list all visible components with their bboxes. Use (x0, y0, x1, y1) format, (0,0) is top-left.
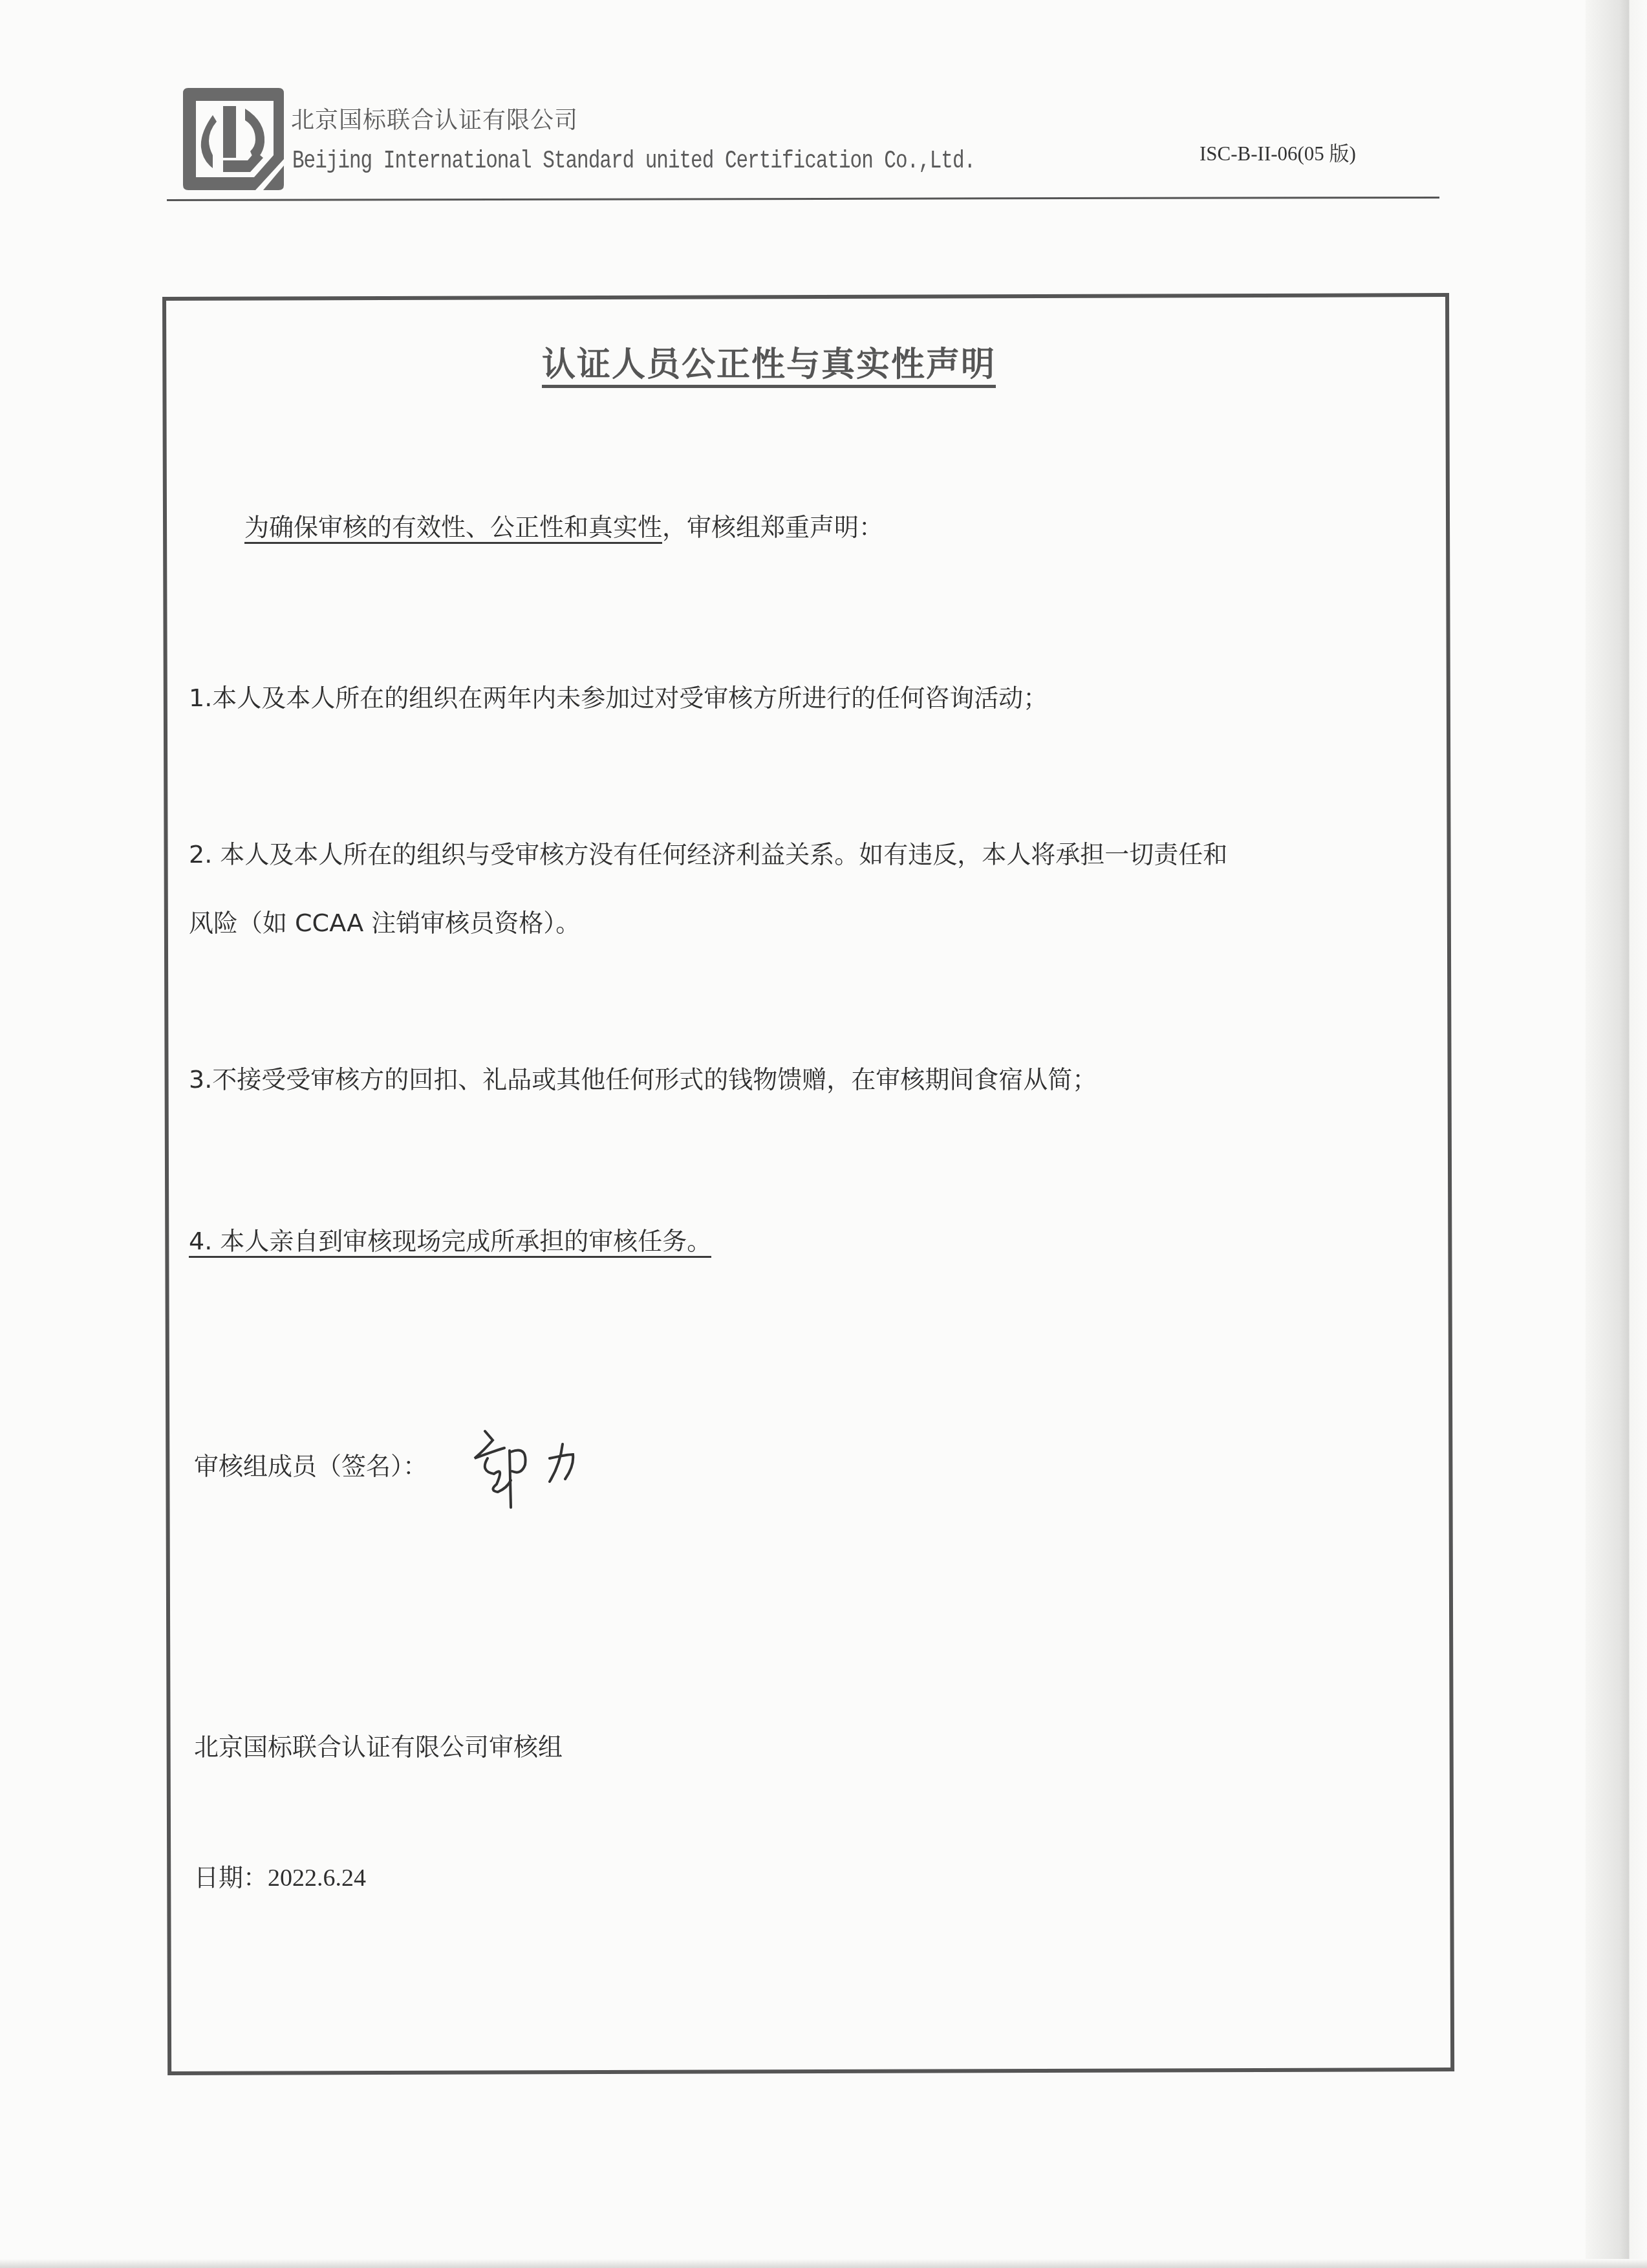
date-value: 2022.6.24 (268, 1864, 366, 1892)
declaration-item-3: 3.不接受受审核方的回扣、礼品或其他任何形式的钱物馈赠，在审核期间食宿从简； (189, 1059, 1097, 1095)
document-title: 认证人员公正性与真实性声明 (542, 347, 996, 388)
handwritten-signature: 郭力 (466, 1426, 614, 1517)
declaration-item-4: 4. 本人亲自到审核现场完成所承担的审核任务。 (189, 1221, 711, 1257)
declaration-frame (162, 293, 1454, 2075)
intro-statement: 为确保审核的有效性、公正性和真实性，审核组郑重声明： (244, 507, 883, 543)
scan-page-edge (1586, 0, 1647, 2268)
declaration-item-4-text: 4. 本人亲自到审核现场完成所承担的审核任务。 (189, 1227, 711, 1258)
date-line: 日期：2022.6.24 (194, 1857, 366, 1893)
intro-rest: ，审核组郑重声明： (662, 513, 883, 541)
audit-team-name: 北京国标联合认证有限公司审核组 (194, 1727, 563, 1762)
date-label: 日期： (194, 1863, 268, 1892)
company-logo-icon (183, 88, 284, 190)
header-divider (167, 197, 1439, 201)
declaration-item-2-line-2: 风险（如 CCAA 注销审核员资格）。 (189, 903, 580, 938)
declaration-item-1: 1.本人及本人所在的组织在两年内未参加过对受审核方所进行的任何咨询活动； (189, 678, 1048, 713)
intro-underlined: 为确保审核的有效性、公正性和真实性 (244, 513, 662, 544)
form-code: ISC-B-II-06(05 版) (1200, 137, 1356, 166)
signature-label: 审核组成员（签名）： (194, 1446, 427, 1482)
company-name-en: Beijing International Standard united Ce… (292, 147, 975, 176)
declaration-item-2-line-1: 2. 本人及本人所在的组织与受审核方没有任何经济利益关系。如有违反，本人将承担一… (189, 834, 1227, 870)
company-name-cn: 北京国标联合认证有限公司 (291, 102, 578, 135)
scan-bottom-edge (0, 2259, 1647, 2268)
